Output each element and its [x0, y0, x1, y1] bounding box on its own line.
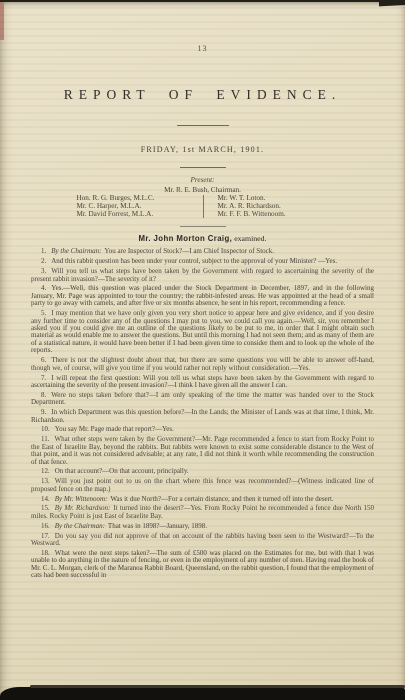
question-number: 2.	[41, 257, 46, 265]
question-text: Yes.—Well, this question was placed unde…	[31, 284, 374, 307]
members-column-right: Mr. W. T. Loton. Mr. A. R. Richardson. M…	[203, 195, 349, 218]
evidence-paragraphs: 1.By the Chairman:You are Inspector of S…	[31, 248, 374, 579]
question-text: On that account?—On that account, princi…	[55, 467, 189, 475]
qa-paragraph: 7.I will repeat the first question: Will…	[31, 375, 374, 390]
qa-paragraph: 1.By the Chairman:You are Inspector of S…	[31, 248, 374, 255]
question-byline: By the Chairman:	[55, 522, 105, 530]
question-text: Will you tell us what steps have been ta…	[31, 267, 374, 282]
scan-edge-left-strip	[0, 2, 4, 40]
question-text: Were no steps taken before that?—I am on…	[31, 391, 374, 406]
member-name: Mr. F. F. B. Wittenoom.	[218, 211, 349, 219]
question-byline: By Mr. Wittenoom:	[55, 495, 108, 503]
qa-paragraph: 6.There is not the slightest doubt about…	[31, 357, 374, 372]
question-text: That was in 1898?—January, 1898.	[108, 522, 207, 530]
qa-paragraph: 11.What other steps were taken by the Go…	[31, 436, 374, 466]
qa-paragraph: 8.Were no steps taken before that?—I am …	[31, 392, 374, 407]
question-text: What were the next steps taken?—The sum …	[31, 549, 374, 579]
scanned-page: 13 REPORT OF EVIDENCE. FRIDAY, 1st MARCH…	[0, 0, 405, 700]
question-text: In which Department was this question be…	[31, 408, 374, 423]
members-list: Hon. R. G. Burges, M.L.C. Mr. C. Harper,…	[57, 195, 349, 218]
qa-paragraph: 10.You say Mr. Page made that report?—Ye…	[31, 426, 374, 433]
divider-rule	[180, 226, 226, 227]
present-label: Present:	[0, 176, 405, 184]
question-number: 14.	[41, 495, 50, 503]
qa-paragraph: 14.By Mr. Wittenoom:Was it due North?—Fo…	[31, 496, 374, 503]
question-text: And this rabbit question has been under …	[51, 257, 337, 265]
scan-edge-top-right	[379, 0, 405, 6]
members-column-left: Hon. R. G. Burges, M.L.C. Mr. C. Harper,…	[57, 195, 203, 218]
page-number: 13	[0, 44, 405, 54]
question-text: There is not the slightest doubt about t…	[31, 356, 374, 371]
question-text: You are Inspector of Stock?—I am Chief I…	[104, 247, 274, 255]
member-name: Mr. David Forrest, M.L.A.	[77, 211, 203, 219]
page-title: REPORT OF EVIDENCE.	[0, 87, 405, 103]
qa-paragraph: 12.On that account?—On that account, pri…	[31, 468, 374, 475]
page-content: 13 REPORT OF EVIDENCE. FRIDAY, 1st MARCH…	[0, 44, 405, 580]
qa-paragraph: 4.Yes.—Well, this question was placed un…	[31, 285, 374, 307]
scan-edge-top	[0, 0, 405, 2]
session-date: FRIDAY, 1st MARCH, 1901.	[0, 145, 405, 154]
qa-paragraph: 9.In which Department was this question …	[31, 409, 374, 424]
divider-rule	[177, 125, 229, 126]
qa-paragraph: 16.By the Chairman:That was in 1898?—Jan…	[31, 523, 374, 530]
question-text: I may mention that we have only given yo…	[31, 309, 374, 354]
question-number: 12.	[41, 467, 50, 475]
qa-paragraph: 17.Do you say you did not approve of tha…	[31, 533, 374, 548]
scan-edge-bottom	[0, 687, 405, 700]
question-text: Do you say you did not approve of that o…	[31, 532, 374, 547]
witness-examined-label: examined.	[234, 234, 266, 243]
qa-paragraph: 2.And this rabbit question has been unde…	[31, 258, 374, 265]
witness-name: Mr. John Morton Craig,	[139, 234, 233, 243]
question-number: 10.	[41, 425, 50, 433]
qa-paragraph: 15.By Mr. Richardson:It turned into the …	[31, 505, 374, 520]
question-text: I will repeat the first question: Will y…	[31, 374, 374, 389]
qa-paragraph: 3.Will you tell us what steps have been …	[31, 268, 374, 283]
question-text: Was it due North?—For a certain distance…	[110, 495, 333, 503]
question-text: What other steps were taken by the Gover…	[31, 435, 374, 465]
question-number: 1.	[41, 247, 46, 255]
qa-paragraph: 5.I may mention that we have only given …	[31, 310, 374, 355]
question-text: You say Mr. Page made that report?—Yes.	[55, 425, 174, 433]
qa-paragraph: 13.Will you just point out to us on the …	[31, 478, 374, 493]
question-text: Will you just point out to us on the cha…	[31, 477, 374, 492]
divider-rule	[180, 167, 226, 168]
question-number: 16.	[41, 522, 50, 530]
chairman-name: Mr. R. E. Bush, Chairman.	[0, 186, 405, 194]
question-byline: By the Chairman:	[51, 247, 101, 255]
witness-heading: Mr. John Morton Craig, examined.	[0, 234, 405, 243]
qa-paragraph: 18.What were the next steps taken?—The s…	[31, 550, 374, 580]
